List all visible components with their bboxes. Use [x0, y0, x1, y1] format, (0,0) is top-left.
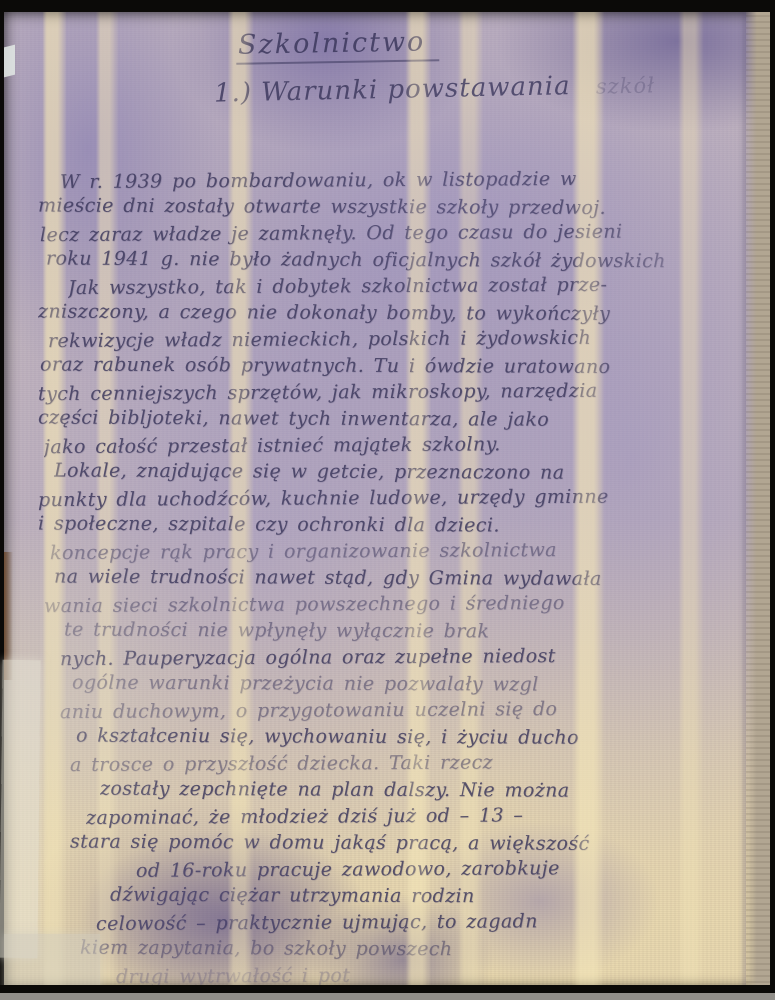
page-deckle-edge: [746, 12, 770, 989]
handwritten-line: punkty dla uchodźców, kuchnie ludowe, ur…: [38, 483, 738, 514]
handwritten-line: celowość – praktycznie ujmując, to zagad…: [96, 907, 738, 937]
handwritten-line: stara się pomóc w domu jakąś pracą, a wi…: [70, 828, 738, 857]
handwritten-line: oraz rabunek osób prywatnych. Tu i ówdzi…: [40, 351, 738, 381]
handwritten-line: jako całość przestał istnieć majątek szk…: [44, 430, 738, 461]
handwritten-line: koncepcje rąk pracy i organizowanie szko…: [50, 536, 738, 567]
handwritten-line: części bibljoteki, nawet tych inwentarza…: [38, 404, 738, 434]
handwritten-line: tych cenniejszych sprzętów, jak mikrosko…: [38, 377, 738, 408]
handwritten-line: dźwigając ciężar utrzymania rodzin: [110, 881, 738, 910]
handwritten-line: te trudności nie wpłynęły wyłącznie brak: [64, 616, 738, 645]
section-number: 1.): [214, 78, 253, 109]
handwritten-line: roku 1941 g. nie było żadnych oficjalnyc…: [46, 245, 738, 275]
handwritten-line: Jak wszystko, tak i dobytek szkolnictwa …: [68, 271, 738, 302]
scanner-margin-top: [0, 0, 775, 12]
section-heading-faded-word: szkół: [596, 73, 656, 98]
handwritten-line: zostały zepchnięte na plan dalszy. Nie m…: [100, 775, 738, 804]
handwritten-line: aniu duchowym, o przygotowaniu uczelni s…: [60, 695, 738, 726]
handwritten-line: W r. 1939 po bombardowaniu, ok w listopa…: [60, 165, 738, 196]
handwritten-line: lecz zaraz władze je zamknęły. Od tego c…: [40, 218, 738, 249]
section-heading: 1.) Warunki powstawania szkół: [214, 69, 655, 108]
handwritten-line: i społeczne, szpitale czy ochronki dla d…: [38, 510, 738, 540]
handwritten-line: ogólne warunki przeżycia nie pozwalały w…: [72, 669, 738, 698]
body-lines: W r. 1939 po bombardowaniu, ok w listopa…: [38, 167, 738, 989]
next-page-sliver: [0, 993, 775, 1000]
handwritten-line: rekwizycje władz niemieckich, polskich i…: [48, 324, 738, 355]
handwritten-line: na wiele trudności nawet stąd, gdy Gmina…: [54, 563, 738, 592]
handwritten-line: od 16-roku pracuje zawodowo, zarobkuje: [136, 854, 738, 884]
handwritten-line: a trosce o przyszłość dziecka. Taki rzec…: [70, 748, 738, 779]
section-heading-text: Warunki powstawania: [261, 71, 571, 107]
handwritten-line: Lokale, znajdujące się w getcie, przezna…: [54, 457, 738, 486]
handwritten-line: wania sieci szkolnictwa powszechnego i ś…: [44, 589, 738, 620]
handwritten-line: o kształceniu się, wychowaniu się, i życ…: [76, 722, 738, 751]
scanner-bed: { "scan": { "description": "Archival sca…: [0, 0, 775, 1000]
tape-repair-left: [0, 660, 41, 958]
handwritten-line: kiem zapytania, bo szkoły powszech: [80, 934, 738, 963]
handwritten-line: zniszczony, a czego nie dokonały bomby, …: [38, 298, 738, 328]
scanner-margin-bottom: [0, 985, 775, 993]
handwritten-line: nych. Pauperyzacja ogólna oraz zupełne n…: [60, 642, 738, 673]
manuscript-page: Szkolnictwo 1.) Warunki powstawania szkó…: [4, 12, 770, 989]
handwritten-line: mieście dni zostały otwarte wszystkie sz…: [38, 192, 738, 222]
handwritten-line: zapominać, że młodzież dziś już od – 13 …: [86, 801, 738, 831]
page-title: Szkolnictwo: [236, 26, 440, 65]
torn-corner-chip: [4, 45, 15, 78]
